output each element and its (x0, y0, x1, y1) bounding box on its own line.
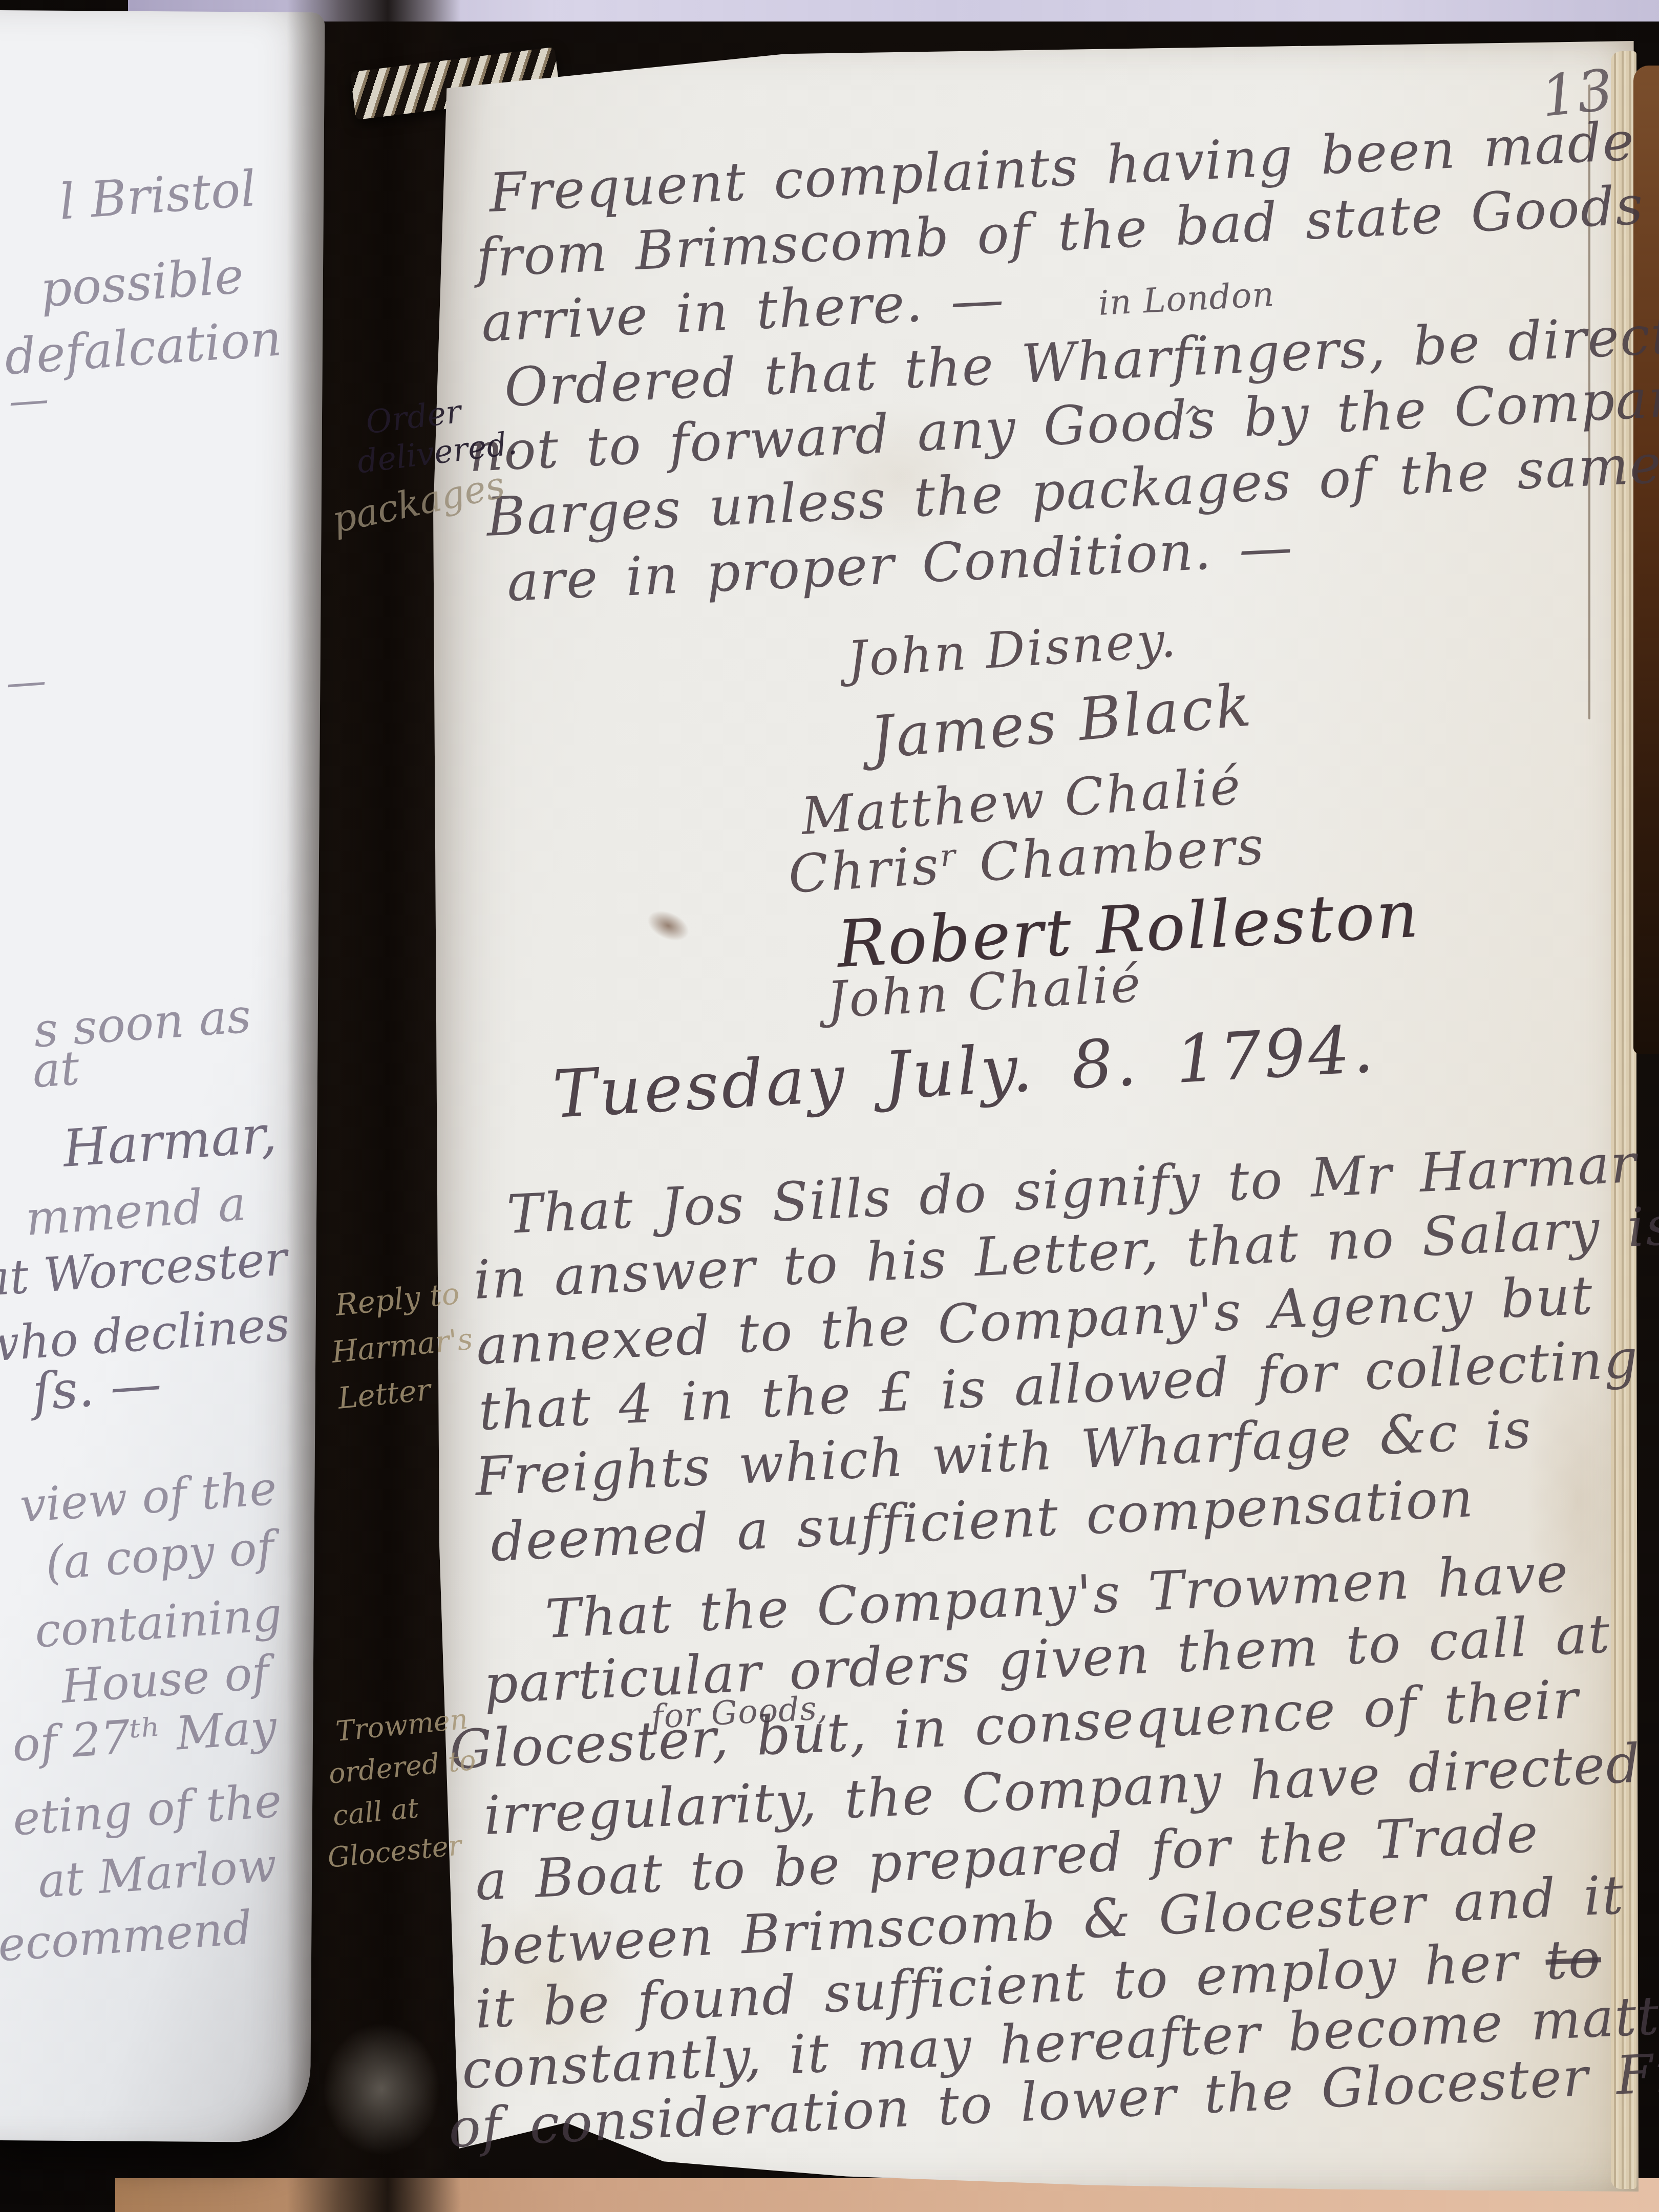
left-page-fragment: — (7, 379, 50, 421)
signature: John Chalié (825, 959, 1143, 1026)
margin-note-trowmen: call at (331, 1794, 419, 1830)
manuscript-photo: l Bristol possible defalcation — — s soo… (0, 0, 1659, 2212)
left-page-fragment: possible (38, 251, 245, 314)
book-gutter-shadow (287, 0, 461, 2212)
struck-out-word: to (1544, 1927, 1603, 1992)
gutter-page-curl-highlight (323, 2023, 440, 2156)
left-page-fragment: — (5, 661, 47, 703)
left-page-fragment: l Bristol (58, 164, 258, 227)
interlinear-insertion: in London (1097, 278, 1275, 321)
left-page-fragment: ſs. — (31, 1358, 163, 1418)
left-page-fragment: at (31, 1045, 81, 1095)
left-page-fragment: Harmar, (61, 1109, 279, 1175)
left-page-fragment: House of (60, 1650, 270, 1710)
margin-note-reply: Letter (336, 1375, 432, 1413)
